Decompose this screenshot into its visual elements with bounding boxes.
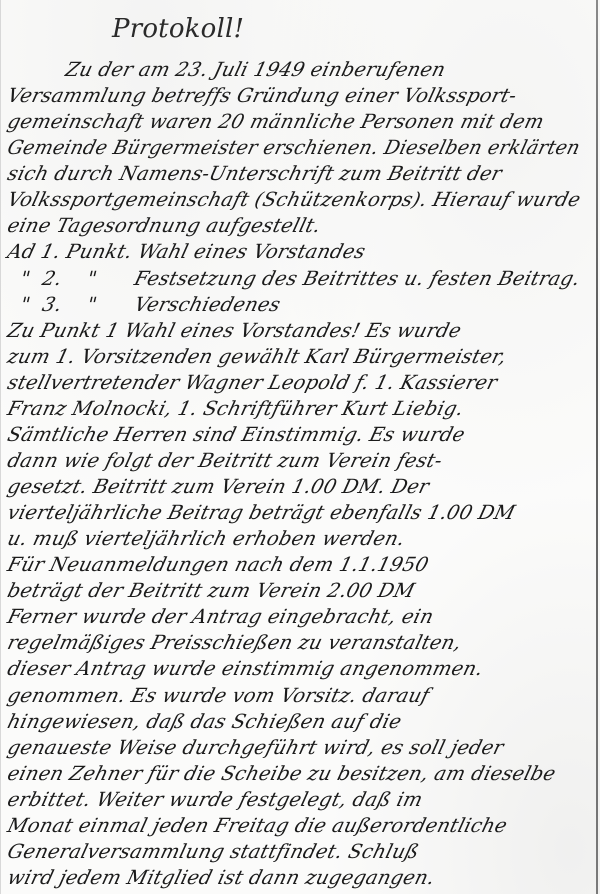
document-title: Protokoll!	[112, 14, 244, 44]
agenda-item-3: " 3. " Verschiedenes	[5, 293, 283, 316]
text-line: sich durch Namens-Unterschrift zum Beitr…	[5, 162, 504, 185]
agenda-item-1: Ad 1. Punkt. Wahl eines Vorstandes	[5, 240, 368, 263]
text-line: Ferner wurde der Antrag eingebracht, ein	[5, 605, 436, 628]
text-line: Volkssportgemeinschaft (Schützenkorps). …	[5, 188, 583, 211]
text-line: eine Tagesordnung aufgestellt.	[5, 214, 323, 237]
text-line: regelmäßiges Preisschießen zu veranstalt…	[5, 631, 464, 654]
text-line: u. muß vierteljährlich erhoben werden.	[5, 527, 407, 550]
text-line: Sämtliche Herren sind Einstimmig. Es wur…	[5, 423, 467, 446]
text-line: gemeinschaft waren 20 männliche Personen…	[5, 110, 546, 133]
text-line: zum 1. Vorsitzenden gewählt Karl Bürgerm…	[5, 345, 509, 368]
text-line: Generalversammlung stattfindet. Schluß	[5, 840, 421, 863]
text-line: Versammlung betreffs Gründung einer Volk…	[5, 84, 519, 107]
agenda-item-2: " 2. " Festsetzung des Beitrittes u. fes…	[5, 267, 583, 290]
text-line: erbittet. Weiter wurde festgelegt, daß i…	[5, 788, 425, 811]
text-line: vierteljährliche Beitrag beträgt ebenfal…	[5, 501, 517, 524]
text-line: Für Neuanmeldungen nach dem 1.1.1950	[5, 553, 431, 576]
text-line: Zu Punkt 1 Wahl eines Vorstandes! Es wur…	[5, 319, 464, 342]
text-line: genommen. Es wurde vom Vorsitz. darauf	[5, 684, 432, 707]
text-line: einen Zehner für die Scheibe zu besitzen…	[5, 762, 558, 785]
text-line: wird jedem Mitglied ist dann zugegangen.	[5, 866, 437, 889]
text-line: Zu der am 23. Juli 1949 einberufenen	[63, 58, 448, 81]
text-line: genaueste Weise durchgeführt wird, es so…	[5, 736, 506, 759]
document-page: Protokoll! Zu der am 23. Juli 1949 einbe…	[0, 0, 600, 894]
text-line: Gemeinde Bürgermeister erschienen. Diese…	[5, 136, 583, 159]
text-line: beträgt der Beitritt zum Verein 2.00 DM	[5, 579, 417, 602]
page-binding-edge	[596, 0, 598, 894]
text-line: dieser Antrag wurde einstimmig angenomme…	[5, 657, 485, 680]
text-line: stellvertretender Wagner Leopold f. 1. K…	[5, 371, 500, 394]
text-line: Franz Molnocki, 1. Schriftführer Kurt Li…	[5, 397, 466, 420]
text-line: Monat einmal jeden Freitag die außerorde…	[5, 814, 510, 837]
text-line: hingewiesen, daß das Schießen auf die	[5, 710, 404, 733]
text-line: dann wie folgt der Beitritt zum Verein f…	[5, 449, 445, 472]
text-line: gesetzt. Beitritt zum Verein 1.00 DM. De…	[5, 475, 432, 498]
page-left-edge	[0, 0, 1, 894]
